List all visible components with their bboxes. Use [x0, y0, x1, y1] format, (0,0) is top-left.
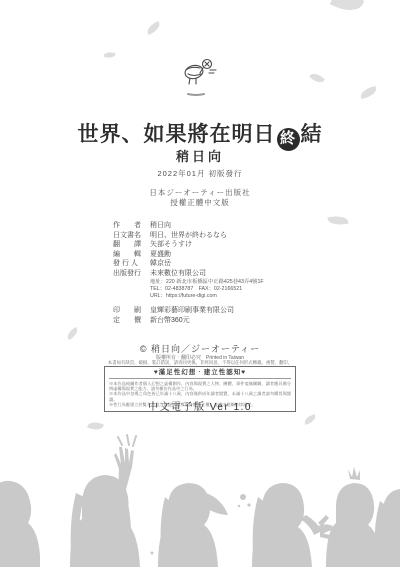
- license-note: 授權正體中文版: [0, 198, 400, 208]
- book-title-right: 結: [301, 122, 323, 146]
- printing-block: 印 刷 皇輝彩藝印刷事業有限公司 定 價 新台幣360元: [113, 306, 234, 325]
- edition-line: 2022年01月 初版發行: [0, 168, 400, 179]
- publisher-address: 地址：220 新北市板橋區中正路425巷43弄4號1F: [150, 279, 264, 286]
- digital-version-label: 中文電子版 Ver 1.0: [0, 398, 400, 413]
- credit-label: 發 行 人: [113, 259, 150, 269]
- petal-decoration: [330, 0, 364, 16]
- petal-decoration: [303, 414, 317, 425]
- petal-decoration: [327, 215, 348, 227]
- credit-row-issuer: 發 行 人 韓京岳: [113, 259, 227, 269]
- petal-decoration: [145, 21, 162, 35]
- credit-value: 矢部そうすけ: [150, 240, 192, 250]
- disclaimer-title: ♥滿足性幻想‧建立性認知♥: [109, 369, 291, 379]
- credit-value: 未來數位有限公司: [150, 269, 206, 279]
- book-title-left: 世界、如果將在明日: [78, 122, 276, 146]
- credit-value: 新台幣360元: [150, 316, 190, 326]
- petal-decoration: [359, 86, 378, 99]
- credit-row-author: 作 者 稍日向: [113, 221, 227, 231]
- disclaimer-line: ※本作品純屬作者個人幻想之虛構創作，內容與現實之人物、團體、事件毫無關聯，讀者應…: [109, 381, 291, 392]
- publisher-mascot-doodle: [176, 56, 224, 105]
- license-publisher: 日本ジーオーティー出版社: [0, 188, 400, 198]
- petal-decoration: [65, 327, 80, 340]
- credits-block: 作 者 稍日向 日文書名 明日、世界が終わるなら 翻 譯 矢部そうすけ 編 輯 …: [113, 221, 227, 279]
- petal-decoration: [309, 70, 325, 85]
- author-name: 稍日向: [0, 146, 400, 165]
- petal-decoration: [103, 51, 115, 59]
- character-silhouettes-illustration: [0, 427, 400, 567]
- credit-label: 日文書名: [113, 231, 150, 241]
- credit-value: 稍日向: [150, 221, 171, 231]
- credit-row-translator: 翻 譯 矢部そうすけ: [113, 240, 227, 250]
- credit-label: 定 價: [113, 316, 150, 326]
- credit-value: 明日、世界が終わるなら: [150, 231, 227, 241]
- colophon-page: 世界、如果將在明日終結 稍日向 2022年01月 初版發行 日本ジーオーティー出…: [0, 0, 400, 567]
- publisher-url: URL：https://future-digi.com: [150, 293, 264, 300]
- credit-label: 編 輯: [113, 250, 150, 260]
- credit-label: 出版發行: [113, 269, 150, 279]
- credit-value: 韓京岳: [150, 259, 171, 269]
- credit-row-printer: 印 刷 皇輝彩藝印刷事業有限公司: [113, 306, 234, 316]
- credit-row-editor: 編 輯 夏盛勳: [113, 250, 227, 260]
- credit-label: 作 者: [113, 221, 150, 231]
- credit-label: 翻 譯: [113, 240, 150, 250]
- credit-row-price: 定 價 新台幣360元: [113, 316, 234, 326]
- credit-label: 印 刷: [113, 306, 150, 316]
- credit-row-publisher: 出版發行 未來數位有限公司: [113, 269, 227, 279]
- publisher-tel-fax: TEL：02-4838787 FAX：02-2166521: [150, 286, 264, 293]
- license-block: 日本ジーオーティー出版社 授權正體中文版: [0, 188, 400, 208]
- credit-row-jp-title: 日文書名 明日、世界が終わるなら: [113, 231, 227, 241]
- credit-value: 夏盛勳: [150, 250, 171, 260]
- publisher-contact: 地址：220 新北市板橋區中正路425巷43弄4號1F TEL：02-48387…: [150, 279, 264, 300]
- credit-value: 皇輝彩藝印刷事業有限公司: [150, 306, 234, 316]
